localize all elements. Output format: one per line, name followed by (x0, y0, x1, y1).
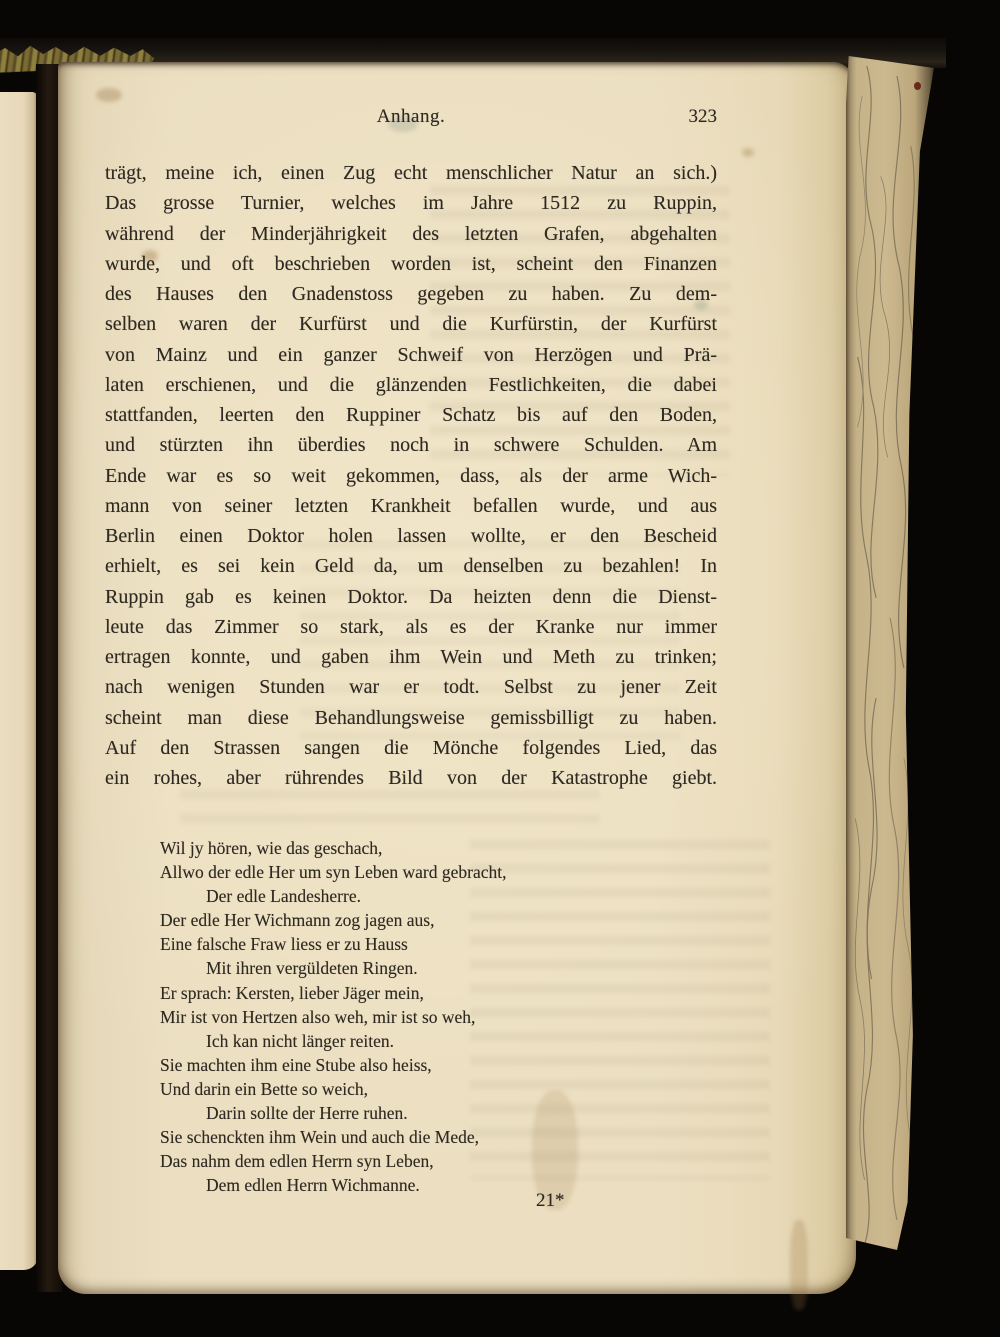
poem-line: Und darin ein Bette so weich, (160, 1077, 726, 1101)
paragraph-line: Ende war es so weit gekommen, dass, als … (105, 461, 717, 491)
poem-line: Dem edlen Herrn Wichmanne. (160, 1173, 726, 1197)
fore-edge (846, 56, 934, 1250)
paragraph-line: nach wenigen Stunden war er todt. Selbst… (105, 672, 717, 702)
paragraph-line: Auf den Strassen sangen die Mönche folge… (105, 733, 717, 763)
paragraph-line: während der Minderjährigkeit des letzten… (105, 219, 717, 249)
paragraph-line: mann von seiner letzten Krankheit befall… (105, 491, 717, 521)
scanned-book-photo: { "header": { "title": "Anhang.", "page_… (0, 0, 1000, 1337)
paragraph-line: von Mainz und ein ganzer Schweif von Her… (105, 340, 717, 370)
poem-line: Darin sollte der Herre ruhen. (160, 1101, 726, 1125)
signature-mark: 21* (536, 1190, 565, 1212)
paragraph-line: stattfanden, leerten den Ruppiner Schatz… (105, 400, 717, 430)
running-header-title: Anhang. (105, 106, 717, 128)
poem-line: Der edle Her Wichmann zog jagen aus, (160, 908, 726, 932)
poem-line: Sie schenckten ihm Wein und auch die Med… (160, 1125, 726, 1149)
poem-line: Er sprach: Kersten, lieber Jäger mein, (160, 981, 726, 1005)
paragraph-line: ein rohes, aber rührendes Bild von der K… (105, 763, 717, 793)
facing-page-edge (0, 92, 38, 1270)
poem-line: Mit ihren vergüldeten Ringen. (160, 956, 726, 980)
paragraph-line: erhielt, es sei kein Geld da, um denselb… (105, 551, 717, 581)
song-quotation: Wil jy hören, wie das geschach, Allwo de… (160, 836, 726, 1197)
paragraph-line: laten erschienen, und die glänzenden Fes… (105, 370, 717, 400)
paragraph-line: Berlin einen Doktor holen lassen wollte,… (105, 521, 717, 551)
paragraph-line: Das grosse Turnier, welches im Jahre 151… (105, 188, 717, 218)
body-paragraph: trägt, meine ich, einen Zug echt menschl… (105, 158, 717, 793)
poem-line: Wil jy hören, wie das geschach, (160, 836, 726, 860)
poem-line: Allwo der edle Her um syn Leben ward geb… (160, 860, 726, 884)
paragraph-line: scheint man diese Behandlungsweise gemis… (105, 703, 717, 733)
paragraph-line: wurde, und oft beschrieben worden ist, s… (105, 249, 717, 279)
paragraph-line: des Hauses den Gnadenstoss gegeben zu ha… (105, 279, 717, 309)
paragraph-line: selben waren der Kurfürst und die Kurfür… (105, 309, 717, 339)
poem-line: Eine falsche Fraw liess er zu Hauss (160, 932, 726, 956)
paragraph-line: leute das Zimmer so stark, als es der Kr… (105, 612, 717, 642)
running-header: Anhang. 323 (105, 106, 717, 132)
red-speck (914, 82, 921, 90)
poem-line: Mir ist von Hertzen also weh, mir ist so… (160, 1005, 726, 1029)
paragraph-line: und stürzten ihn überdies noch in schwer… (105, 430, 717, 460)
poem-line: Das nahm dem edlen Herrn syn Leben, (160, 1149, 726, 1173)
poem-line: Ich kan nicht länger reiten. (160, 1029, 726, 1053)
page-number: 323 (689, 106, 718, 128)
paragraph-line: ertragen konnte, und gaben ihm Wein und … (105, 642, 717, 672)
paragraph-line: trägt, meine ich, einen Zug echt menschl… (105, 158, 717, 188)
fore-edge-marbling (846, 56, 934, 1250)
poem-line: Der edle Landesherre. (160, 884, 726, 908)
poem-line: Sie machten ihm eine Stube also heiss, (160, 1053, 726, 1077)
paragraph-line: Ruppin gab es keinen Doktor. Da heizten … (105, 582, 717, 612)
